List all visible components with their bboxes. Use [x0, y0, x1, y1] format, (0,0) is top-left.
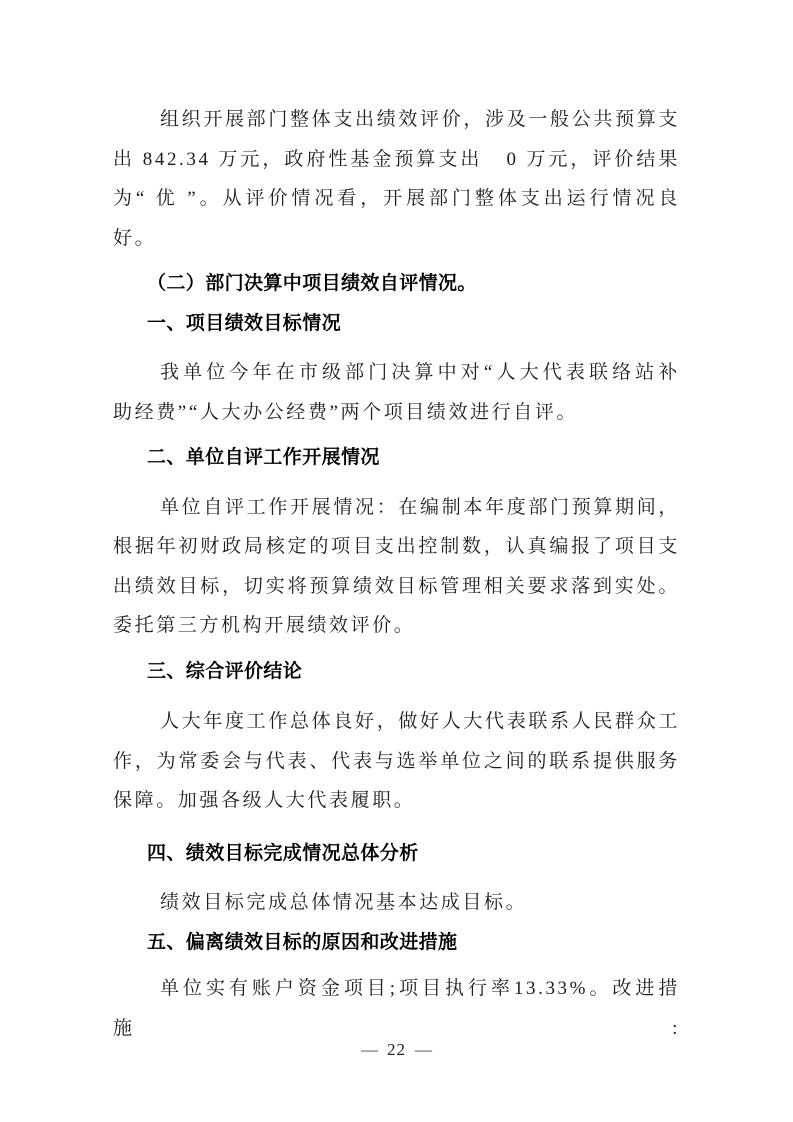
body-line: 单位实有账户资金项目;项目执行率13.33%。改进措施:	[113, 969, 680, 1009]
body-line: 我单位今年在市级部门决算中对“人大代表联络站补	[113, 353, 680, 393]
footer-right-dash: —	[415, 1040, 432, 1059]
body-line: 保障。加强各级人大代表履职。	[113, 781, 680, 821]
heading-2-self-evaluation-work: 二、单位自评工作开展情况	[113, 438, 680, 478]
body-line: 委托第三方机构开展绩效评价。	[113, 606, 680, 646]
body-line: 单位自评工作开展情况：在编制本年度部门预算期间，	[113, 488, 680, 528]
heading-1-project-performance-targets: 一、项目绩效目标情况	[113, 304, 680, 344]
heading-4-target-completion-analysis: 四、绩效目标完成情况总体分析	[113, 834, 680, 874]
body-line: 为“ 优 ”。从评价情况看，开展部门整体支出运行情况良	[113, 179, 680, 219]
document-page: 组织开展部门整体支出绩效评价，涉及一般公共预算支 出 842.34 万元，政府性…	[0, 0, 793, 1122]
body-line: 出 842.34 万元，政府性基金预算支出 0 万元，评价结果	[113, 140, 680, 180]
page-footer: —22—	[0, 1037, 793, 1063]
body-line: 组织开展部门整体支出绩效评价，涉及一般公共预算支	[113, 100, 680, 140]
para-target-completion: 绩效目标完成总体情况基本达成目标。	[113, 883, 680, 923]
body-line: 好。	[113, 219, 680, 259]
page-number: 22	[387, 1040, 406, 1059]
heading-5-deviation-reasons-measures: 五、偏离绩效目标的原因和改进措施	[113, 923, 680, 963]
para-self-evaluation-work: 单位自评工作开展情况：在编制本年度部门预算期间， 根据年初财政局核定的项目支出控…	[113, 488, 680, 646]
body-line: 根据年初财政局核定的项目支出控制数，认真编报了项目支	[113, 527, 680, 567]
para-deviation-measures: 单位实有账户资金项目;项目执行率13.33%。改进措施:	[113, 969, 680, 1009]
body-line: 人大年度工作总体良好，做好人大代表联系人民群众工	[113, 702, 680, 742]
heading-section-2-project-self-evaluation: （二）部门决算中项目绩效自评情况。	[113, 264, 680, 304]
para-overall-performance-evaluation: 组织开展部门整体支出绩效评价，涉及一般公共预算支 出 842.34 万元，政府性…	[113, 100, 680, 258]
para-comprehensive-conclusion: 人大年度工作总体良好，做好人大代表联系人民群众工 作，为常委会与代表、代表与选举…	[113, 702, 680, 821]
body-line: 作，为常委会与代表、代表与选举单位之间的联系提供服务	[113, 742, 680, 782]
body-line: 绩效目标完成总体情况基本达成目标。	[113, 883, 680, 923]
heading-3-comprehensive-conclusion: 三、综合评价结论	[113, 652, 680, 692]
body-line: 助经费”“人大办公经费”两个项目绩效进行自评。	[113, 393, 680, 433]
para-project-self-evaluation: 我单位今年在市级部门决算中对“人大代表联络站补 助经费”“人大办公经费”两个项目…	[113, 353, 680, 432]
footer-left-dash: —	[361, 1040, 378, 1059]
body-line: 出绩效目标，切实将预算绩效目标管理相关要求落到实处。	[113, 567, 680, 607]
